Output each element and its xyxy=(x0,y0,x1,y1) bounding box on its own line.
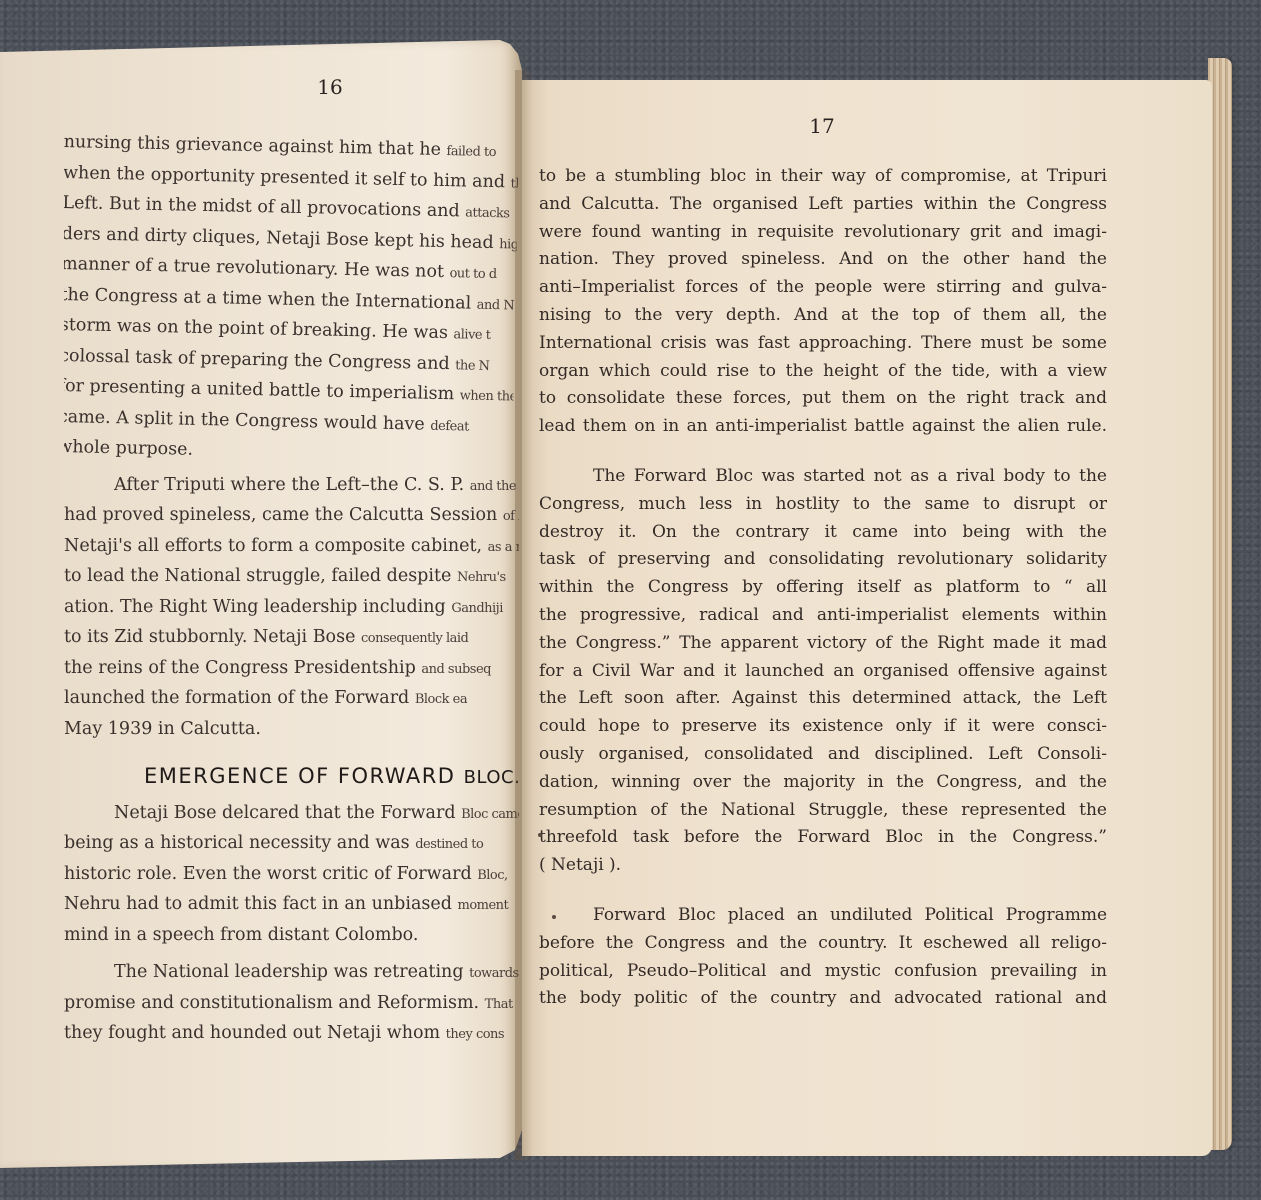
text-line: the body politic of the country and advo… xyxy=(539,985,1107,1013)
text-line: ( Netaji ). xyxy=(539,852,1107,880)
text-line: resumption of the National Struggle, the… xyxy=(539,797,1107,825)
text-line: could hope to preserve its existence onl… xyxy=(539,713,1107,741)
text-line: they fought and hounded out Netaji whom … xyxy=(64,1019,519,1050)
text-line: promise and constitutionalism and Reform… xyxy=(64,989,519,1020)
text-line: to lead the National struggle, failed de… xyxy=(64,562,519,593)
paragraph-1: to be a stumbling bloc in their way of c… xyxy=(539,163,1107,441)
text-line: for a Civil War and it launched an organ… xyxy=(539,658,1107,686)
text-line: and Calcutta. The organised Left parties… xyxy=(539,191,1107,219)
paragraph-2: The Forward Bloc was started not as a ri… xyxy=(539,463,1107,880)
text-line: May 1939 in Calcutta. xyxy=(64,715,519,745)
right-page: 17 to be a stumbling bloc in their way o… xyxy=(522,80,1212,1156)
text-line: being as a historical necessity and was … xyxy=(64,829,519,860)
text-line: before the Congress and the country. It … xyxy=(539,930,1107,958)
text-line: mind in a speech from distant Colombo. xyxy=(64,921,519,951)
text-line: to its Zid stubbornly. Netaji Bose conse… xyxy=(64,623,519,654)
text-line: the reins of the Congress Presidentship … xyxy=(64,654,519,685)
text-line: lead them on in an anti-imperialist batt… xyxy=(539,413,1107,441)
text-line: Congress, much less in hostlity to the s… xyxy=(539,491,1107,519)
text-line: The National leadership was retreating t… xyxy=(64,958,519,989)
paragraph-4: The National leadership was retreating t… xyxy=(64,958,519,1050)
page-number-16: 16 xyxy=(300,75,360,99)
text-line: the progressive, radical and anti-imperi… xyxy=(539,602,1107,630)
section-heading: EMERGENCE OF FORWARD BLOC. xyxy=(144,762,519,793)
text-line: Nehru had to admit this fact in an unbia… xyxy=(64,890,519,921)
text-line: historic role. Even the worst critic of … xyxy=(64,860,519,891)
text-line: International crisis was fast approachin… xyxy=(539,330,1107,358)
text-line: The Forward Bloc was started not as a ri… xyxy=(539,463,1107,491)
ink-speck xyxy=(552,915,556,919)
text-line: anti–Imperialist forces of the people we… xyxy=(539,274,1107,302)
page-number-17: 17 xyxy=(792,114,852,138)
text-line: political, Pseudo–Political and mystic c… xyxy=(539,958,1107,986)
text-line: After Triputi where the Left–the C. S. P… xyxy=(64,471,519,502)
text-line: to be a stumbling bloc in their way of c… xyxy=(539,163,1107,191)
text-line: within the Congress by offering itself a… xyxy=(539,574,1107,602)
ink-speck xyxy=(538,833,542,837)
text-line: destroy it. On the contrary it came into… xyxy=(539,519,1107,547)
text-line: were found wanting in requisite revoluti… xyxy=(539,219,1107,247)
text-line: nising to the very depth. And at the top… xyxy=(539,302,1107,330)
text-line: to consolidate these forces, put them on… xyxy=(539,385,1107,413)
text-line: the Left soon after. Against this determ… xyxy=(539,685,1107,713)
text-line: ously organised, consolidated and discip… xyxy=(539,741,1107,769)
text-line: the Congress.” The apparent victory of t… xyxy=(539,630,1107,658)
text-line: dation, winning over the majority in the… xyxy=(539,769,1107,797)
text-line: threefold task before the Forward Bloc i… xyxy=(539,824,1107,852)
text-line: nation. They proved spineless. And on th… xyxy=(539,246,1107,274)
text-line: Netaji Bose delcared that the Forward Bl… xyxy=(64,799,519,830)
right-page-content: to be a stumbling bloc in their way of c… xyxy=(539,163,1107,1035)
left-page: 16 nursing this grievance against him th… xyxy=(0,40,522,1170)
text-line: launched the formation of the Forward Bl… xyxy=(64,684,519,715)
text-line: organ which could rise to the height of … xyxy=(539,358,1107,386)
text-line: ation. The Right Wing leadership includi… xyxy=(64,593,519,624)
text-line: Netaji's all efforts to form a composite… xyxy=(64,532,519,563)
text-line: task of preserving and consolidating rev… xyxy=(539,546,1107,574)
paragraph-1: nursing this grievance against him that … xyxy=(64,128,519,472)
text-line: Forward Bloc placed an undiluted Politic… xyxy=(539,902,1107,930)
paragraph-3: Forward Bloc placed an undiluted Politic… xyxy=(539,902,1107,1013)
paragraph-2: After Triputi where the Left–the C. S. P… xyxy=(64,471,519,745)
paragraph-3: Netaji Bose delcared that the Forward Bl… xyxy=(64,799,519,951)
text-line: had proved spineless, came the Calcutta … xyxy=(64,501,519,532)
left-page-content: nursing this grievance against him that … xyxy=(64,128,519,1050)
